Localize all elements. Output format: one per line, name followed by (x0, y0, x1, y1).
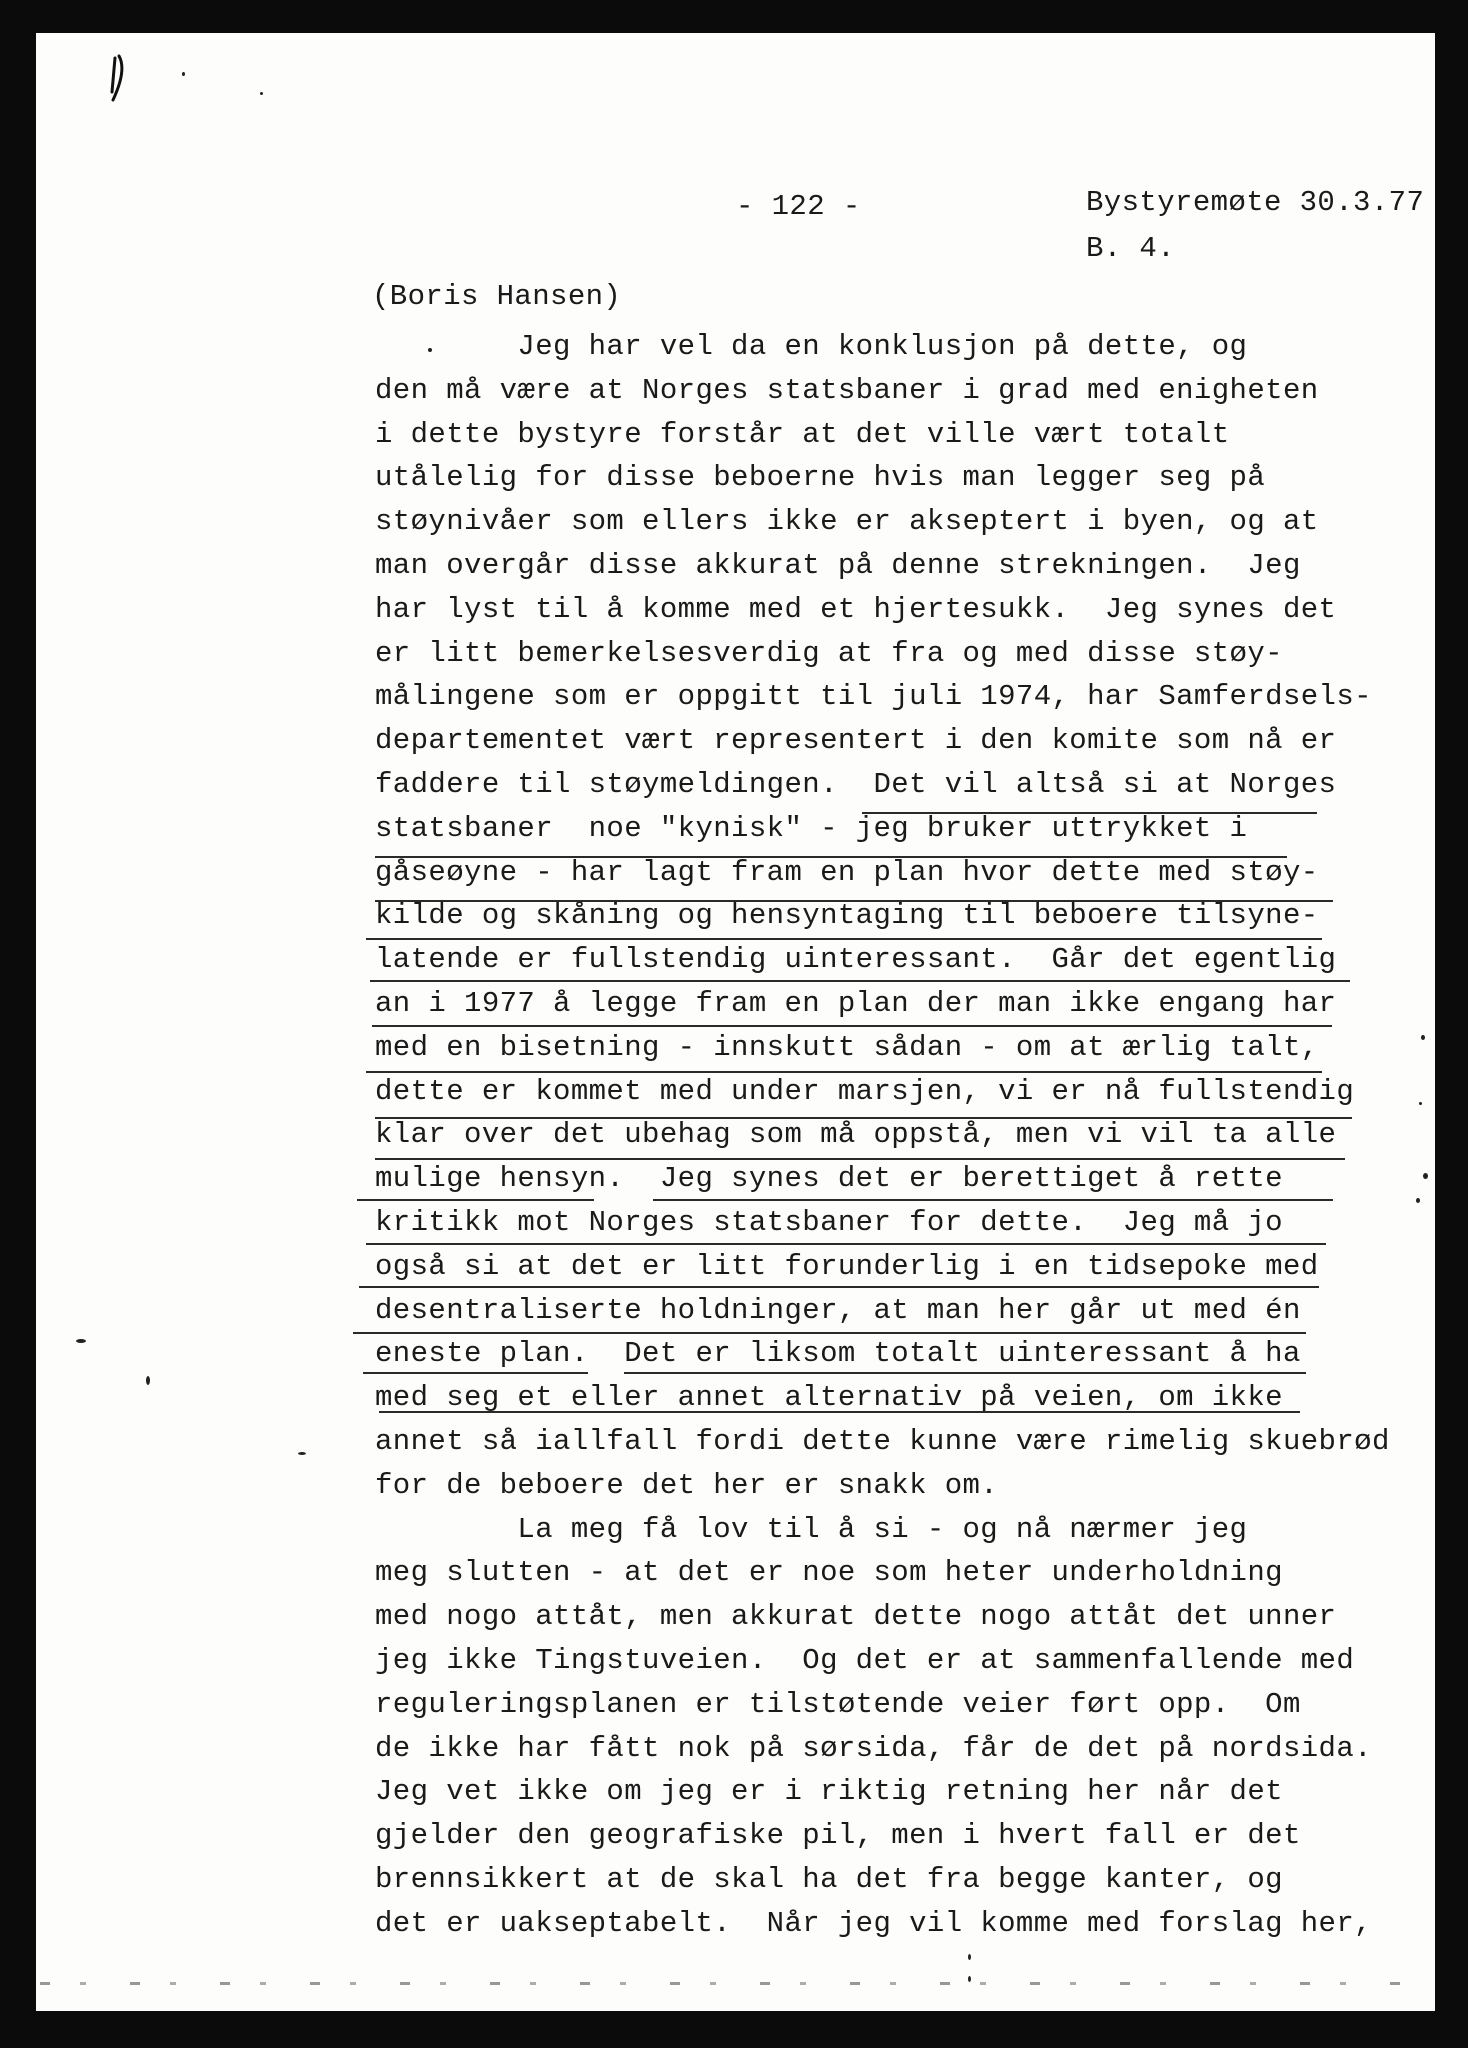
text-line: gjelder den geografiske pil, men i hvert… (375, 1819, 1301, 1853)
text-line: kilde og skåning og hensyntaging til beb… (375, 899, 1319, 933)
text-line: meg slutten - at det er noe som heter un… (375, 1556, 1283, 1590)
section-number: B. 4. (1086, 232, 1175, 266)
text-line: de ikke har fått nok på sørsida, får de … (375, 1732, 1372, 1766)
text-line: annet så iallfall fordi dette kunne være… (375, 1425, 1390, 1459)
text-line: brennsikkert at de skal ha det fra begge… (375, 1863, 1283, 1897)
text-line: an i 1977 å legge fram en plan der man i… (375, 987, 1336, 1021)
text-line: med en bisetning - innskutt sådan - om a… (375, 1031, 1319, 1065)
text-line: kritikk mot Norges statsbaner for dette.… (375, 1206, 1283, 1240)
text-line: det er uakseptabelt. Når jeg vil komme m… (375, 1907, 1372, 1941)
text-line: statsbaner noe "kynisk" - jeg bruker utt… (375, 812, 1247, 846)
text-line: dette er kommet med under marsjen, vi er… (375, 1075, 1354, 1109)
text-line: desentraliserte holdninger, at man her g… (375, 1294, 1301, 1328)
scan-edge-noise (40, 1982, 1430, 1985)
text-line: med nogo attåt, men akkurat dette nogo a… (375, 1600, 1336, 1634)
text-line: for de beboere det her er snakk om. (375, 1469, 998, 1503)
text-line: også si at det er litt forunderlig i en … (375, 1250, 1319, 1284)
text-line: er litt bemerkelsesverdig at fra og med … (375, 637, 1283, 671)
text-line: utålelig for disse beboerne hvis man leg… (375, 461, 1265, 495)
text-line: målingene som er oppgitt til juli 1974, … (375, 680, 1372, 714)
text-line: den må være at Norges statsbaner i grad … (375, 374, 1319, 408)
text-line: gåseøyne - har lagt fram en plan hvor de… (375, 856, 1319, 890)
text-line: La meg få lov til å si - og nå nærmer je… (375, 1513, 1247, 1547)
text-line: har lyst til å komme med et hjertesukk. … (375, 593, 1336, 627)
text-line: Jeg har vel da en konklusjon på dette, o… (375, 330, 1247, 364)
handwritten-margin-note (107, 52, 131, 104)
text-line: med seg et eller annet alternativ på vei… (375, 1381, 1283, 1415)
text-line: Jeg vet ikke om jeg er i riktig retning … (375, 1775, 1283, 1809)
text-line: jeg ikke Tingstuveien. Og det er at samm… (375, 1644, 1354, 1678)
text-line: reguleringsplanen er tilstøtende veier f… (375, 1688, 1301, 1722)
text-line: støynivåer som ellers ikke er akseptert … (375, 505, 1319, 539)
text-line: klar over det ubehag som må oppstå, men … (375, 1118, 1336, 1152)
speaker-name: (Boris Hansen) (372, 280, 621, 314)
text-line: eneste plan. Det er liksom totalt uinter… (375, 1337, 1301, 1371)
text-line: man overgår disse akkurat på denne strek… (375, 549, 1301, 583)
text-line: i dette bystyre forstår at det ville vær… (375, 418, 1230, 452)
text-line: faddere til støymeldingen. Det vil altså… (375, 768, 1336, 802)
text-line: mulige hensyn. Jeg synes det er berettig… (375, 1162, 1283, 1196)
text-line: latende er fullstendig uinteressant. Går… (375, 943, 1336, 977)
page-number: - 122 - (736, 190, 861, 224)
text-line: departementet vært representert i den ko… (375, 724, 1336, 758)
meeting-title: Bystyremøte 30.3.77 (1086, 186, 1424, 220)
